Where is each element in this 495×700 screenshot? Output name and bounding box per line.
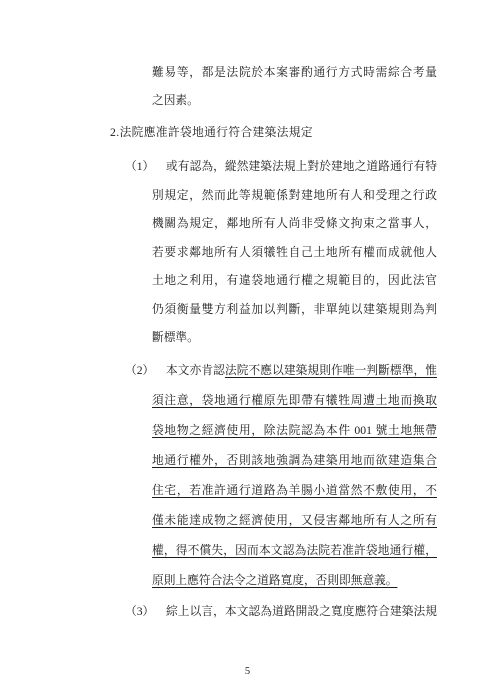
text-line: 綜上以言，本文認為道路開設之寬度應符合建築法規 xyxy=(152,597,437,627)
text-line: 別規定，然而此等規範係對建地所有人和受理之行政 xyxy=(152,182,437,211)
underlined-text: 法院不應以建築規則作唯一判斷標準，惟 xyxy=(225,364,437,377)
item-marker: （3） xyxy=(125,597,154,627)
continuation-paragraph: 難易等，都是法院於本案審酌通行方式時需綜合考量 之因素。 xyxy=(152,59,437,115)
text-line-underlined: 權，得不償失，因而本文認為法院若准許袋地通行權， xyxy=(152,536,437,566)
text-line: 本文亦肯認法院不應以建築規則作唯一判斷標準，惟 xyxy=(152,356,437,386)
text-line: 或有認為，縱然建築法規上對於建地之道路通行有特 xyxy=(152,153,437,182)
list-item-3: （3） 綜上以言，本文認為道路開設之寬度應符合建築法規 xyxy=(0,597,495,627)
text-line-underlined: 地通行權外，否則該地強調為建築用地而欲建造集合 xyxy=(152,446,437,476)
text-line: 難易等，都是法院於本案審酌通行方式時需綜合考量 xyxy=(152,59,437,87)
text-line: 機關為規定，鄰地所有人尚非受條文拘束之當事人， xyxy=(152,210,437,239)
page-number: 5 xyxy=(0,664,495,680)
text-line-underlined: 住宅，若准許通行道路為羊腸小道當然不敷使用，不 xyxy=(152,476,437,506)
text-line-underlined: 僅未能達成物之經濟使用，又侵害鄰地所有人之所有 xyxy=(152,506,437,536)
document-page: 難易等，都是法院於本案審酌通行方式時需綜合考量 之因素。 2.法院應准許袋地通行… xyxy=(0,0,495,700)
item-marker: （1） xyxy=(125,153,154,182)
text-line: 斷標準。 xyxy=(152,324,437,353)
plain-text: 本文亦肯認 xyxy=(166,364,225,377)
text-line-underlined: 原則上應符合法令之道路寬度，否則即無意義。 xyxy=(152,566,437,596)
text-line: 若要求鄰地所有人須犧牲自己土地所有權而成就他人 xyxy=(152,239,437,268)
text-line-underlined: 須注意，袋地通行權原先即帶有犧牲周遭土地而換取 xyxy=(152,386,437,416)
item-marker: （2） xyxy=(125,356,154,386)
text-line: 之因素。 xyxy=(152,87,437,115)
section-heading: 2.法院應准許袋地通行符合建築法規定 xyxy=(110,119,313,147)
text-line: 土地之利用，有違袋地通行權之規範目的，因此法官 xyxy=(152,267,437,296)
list-item-1: （1） 或有認為，縱然建築法規上對於建地之道路通行有特 別規定，然而此等規範係對… xyxy=(0,153,495,353)
text-line-underlined: 袋地物之經濟使用，除法院認為本件 001 號土地無帶 xyxy=(152,416,437,446)
list-item-2: （2） 本文亦肯認法院不應以建築規則作唯一判斷標準，惟 須注意，袋地通行權原先即… xyxy=(0,356,495,596)
text-line: 仍須衡量雙方利益加以判斷，非單純以建築規則為判 xyxy=(152,296,437,325)
